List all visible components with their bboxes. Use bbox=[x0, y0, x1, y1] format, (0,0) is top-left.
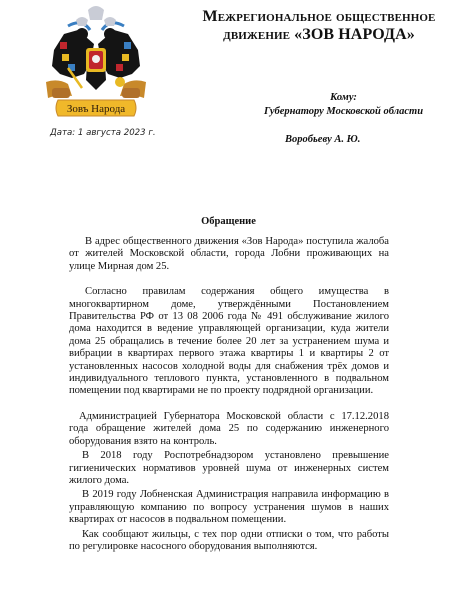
document-title: Обращение bbox=[0, 216, 457, 227]
addressee-person: Воробьеву А. Ю. bbox=[285, 134, 360, 145]
paragraph: В адрес общественного движения «Зов Наро… bbox=[69, 236, 389, 273]
organization-name-line2: движение «ЗОВ НАРОДА» bbox=[185, 26, 453, 44]
document-date: Дата: 1 августа 2023 г. bbox=[50, 128, 156, 138]
paragraph: Согласно правилам содержания общего имущ… bbox=[69, 286, 389, 398]
organization-name: Межрегиональное общественное движение «З… bbox=[185, 8, 453, 44]
organization-name-line1: Межрегиональное общественное bbox=[185, 8, 453, 26]
document-body: В адрес общественного движения «Зов Наро… bbox=[69, 236, 389, 553]
double-headed-eagle-emblem-icon: Зовъ Народа bbox=[38, 4, 154, 122]
paragraph: В 2019 году Лобненская Администрация нап… bbox=[69, 489, 389, 526]
paragraph: В 2018 году Роспотребнадзором установлен… bbox=[69, 450, 389, 487]
addressee-label: Кому: bbox=[230, 92, 457, 103]
organization-logo: Зовъ Народа bbox=[38, 4, 154, 122]
addressee-recipient: Губернатору Московской области bbox=[230, 106, 457, 117]
svg-text:Зовъ Народа: Зовъ Народа bbox=[67, 103, 125, 115]
paragraph: Как сообщают жильцы, с тех пор одни отпи… bbox=[69, 529, 389, 554]
paragraph: Администрацией Губернатора Московской об… bbox=[69, 411, 389, 448]
